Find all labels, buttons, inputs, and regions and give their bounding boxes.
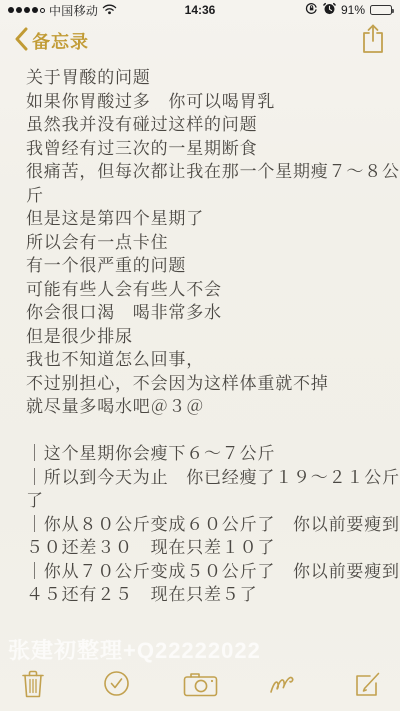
trash-icon [20, 669, 46, 704]
notes-app-screen: 中国移动 14:36 [0, 0, 400, 711]
delete-note-button[interactable] [15, 669, 51, 703]
chevron-left-icon [14, 27, 28, 56]
orientation-lock-icon [305, 2, 318, 18]
alarm-clock-icon [323, 2, 336, 18]
sketch-button[interactable] [266, 669, 302, 703]
share-icon [360, 23, 386, 60]
camera-button[interactable] [182, 669, 218, 703]
status-bar: 中国移动 14:36 [0, 0, 400, 20]
clock-time-label: 14:36 [185, 3, 216, 17]
share-button[interactable] [360, 23, 386, 60]
watermark-text: 张建初整理+Q22222022 [8, 634, 261, 665]
back-to-notes-button[interactable]: 备忘录 [14, 27, 89, 56]
camera-icon [183, 671, 218, 702]
note-body-text[interactable]: 关于胃酸的问题 如果你胃酸过多 你可以喝胃乳 虽然我并没有碰过这样的问题 我曾经… [26, 66, 400, 607]
bottom-toolbar [0, 667, 400, 711]
scribble-icon [268, 672, 300, 701]
compose-button[interactable] [349, 669, 385, 703]
checklist-button[interactable] [99, 669, 135, 703]
wifi-icon [102, 3, 117, 18]
nav-bar: 备忘录 [0, 20, 400, 62]
battery-percent-label: 91% [341, 3, 365, 17]
back-button-label: 备忘录 [32, 28, 89, 54]
signal-strength-icon [8, 7, 45, 13]
check-circle-icon [103, 670, 130, 702]
battery-icon [370, 5, 392, 15]
compose-icon [353, 669, 382, 703]
carrier-label: 中国移动 [49, 2, 98, 19]
